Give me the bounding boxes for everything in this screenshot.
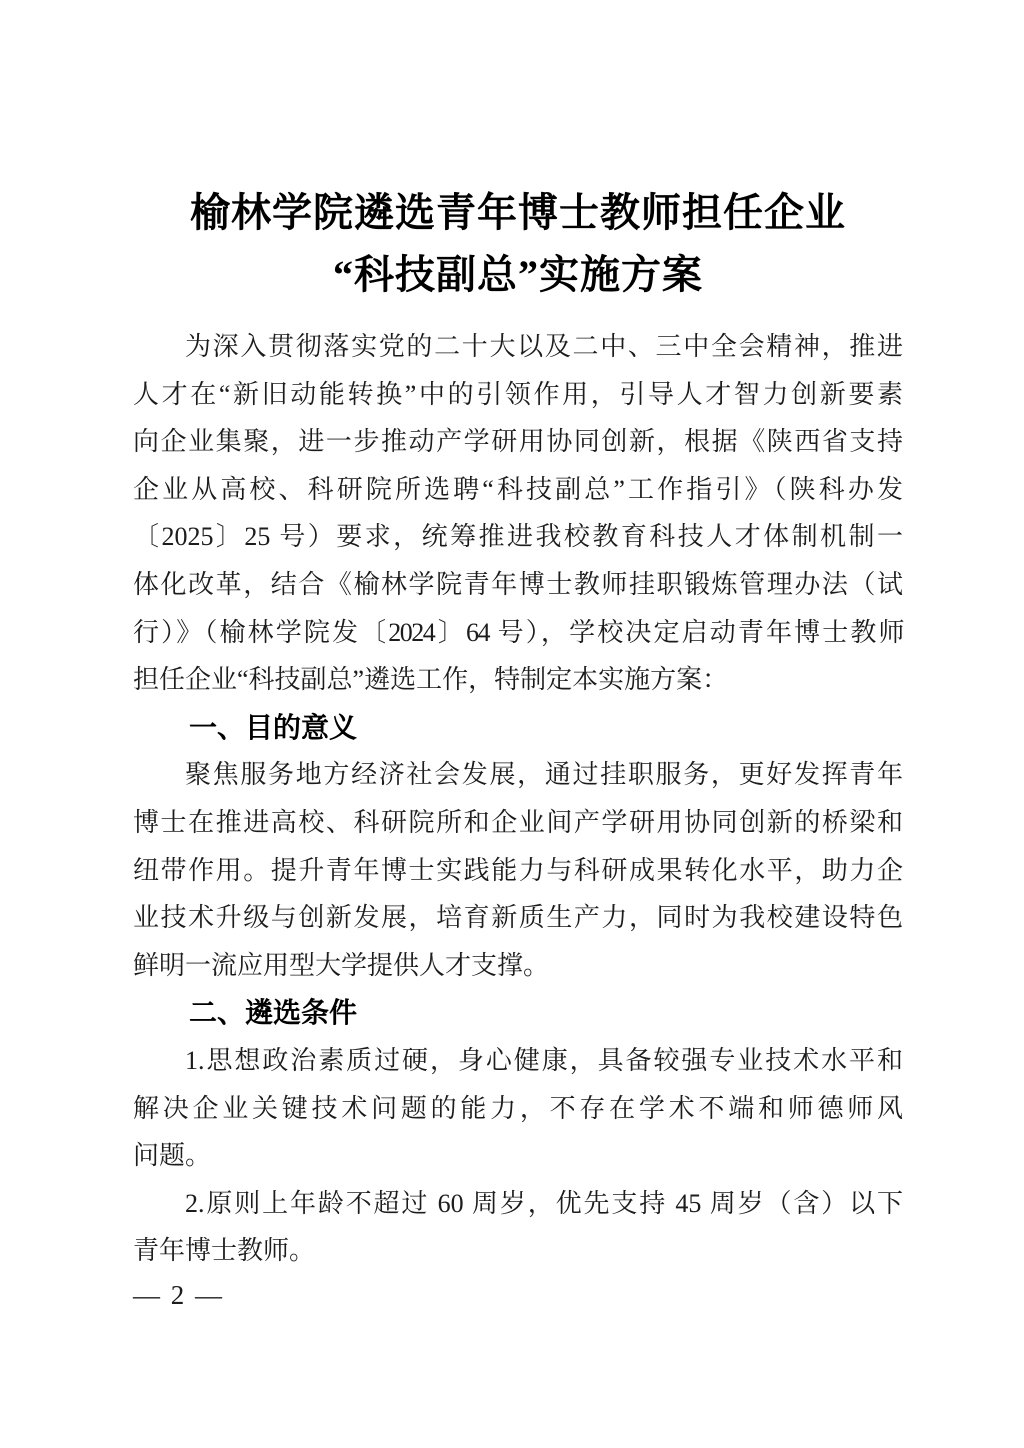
document-title: 榆林学院遴选青年博士教师担任企业 “科技副总”实施方案 xyxy=(133,182,903,306)
paragraph-line: 问题。 xyxy=(133,1132,903,1180)
document-content: 榆林学院遴选青年博士教师担任企业 “科技副总”实施方案 为深入贯彻落实党的二十大… xyxy=(133,182,903,1275)
section-heading-2: 二、遴选条件 xyxy=(133,989,903,1037)
paragraph-line: 企业从高校、科研院所选聘“科技副总”工作指引》（陕科办发 xyxy=(133,466,903,514)
paragraph-line: 1.思想政治素质过硬，身心健康，具备较强专业技术水平和 xyxy=(133,1037,903,1085)
document-body: 为深入贯彻落实党的二十大以及二中、三中全会精神，推进 人才在“新旧动能转换”中的… xyxy=(133,323,903,1275)
document-page: 榆林学院遴选青年博士教师担任企业 “科技副总”实施方案 为深入贯彻落实党的二十大… xyxy=(0,0,1024,1448)
paragraph-line: 行）》（榆林学院发〔2024〕64 号），学校决定启动青年博士教师 xyxy=(133,609,903,657)
paragraph-line: 纽带作用。提升青年博士实践能力与科研成果转化水平，助力企 xyxy=(133,847,903,895)
document-title-line-2: “科技副总”实施方案 xyxy=(133,244,903,306)
paragraph-line: 鲜明一流应用型大学提供人才支撑。 xyxy=(133,942,903,990)
paragraph-line: 体化改革，结合《榆林学院青年博士教师挂职锻炼管理办法（试 xyxy=(133,561,903,609)
paragraph-line: 聚焦服务地方经济社会发展，通过挂职服务，更好发挥青年 xyxy=(133,751,903,799)
paragraph-line: 为深入贯彻落实党的二十大以及二中、三中全会精神，推进 xyxy=(133,323,903,371)
document-title-line-1: 榆林学院遴选青年博士教师担任企业 xyxy=(133,182,903,244)
paragraph-line: 业技术升级与创新发展，培育新质生产力，同时为我校建设特色 xyxy=(133,894,903,942)
paragraph-line: 〔2025〕25 号）要求，统筹推进我校教育科技人才体制机制一 xyxy=(133,513,903,561)
section-heading-1: 一、目的意义 xyxy=(133,704,903,752)
paragraph-line: 2.原则上年龄不超过 60 周岁，优先支持 45 周岁（含）以下 xyxy=(133,1180,903,1228)
paragraph-line: 青年博士教师。 xyxy=(133,1227,903,1275)
page-number: — 2 — xyxy=(133,1280,224,1311)
paragraph-line: 人才在“新旧动能转换”中的引领作用，引导人才智力创新要素 xyxy=(133,371,903,419)
paragraph-line: 解决企业关键技术问题的能力，不存在学术不端和师德师风 xyxy=(133,1085,903,1133)
paragraph-line: 向企业集聚，进一步推动产学研用协同创新，根据《陕西省支持 xyxy=(133,418,903,466)
paragraph-line: 担任企业“科技副总”遴选工作，特制定本实施方案： xyxy=(133,656,903,704)
paragraph-line: 博士在推进高校、科研院所和企业间产学研用协同创新的桥梁和 xyxy=(133,799,903,847)
